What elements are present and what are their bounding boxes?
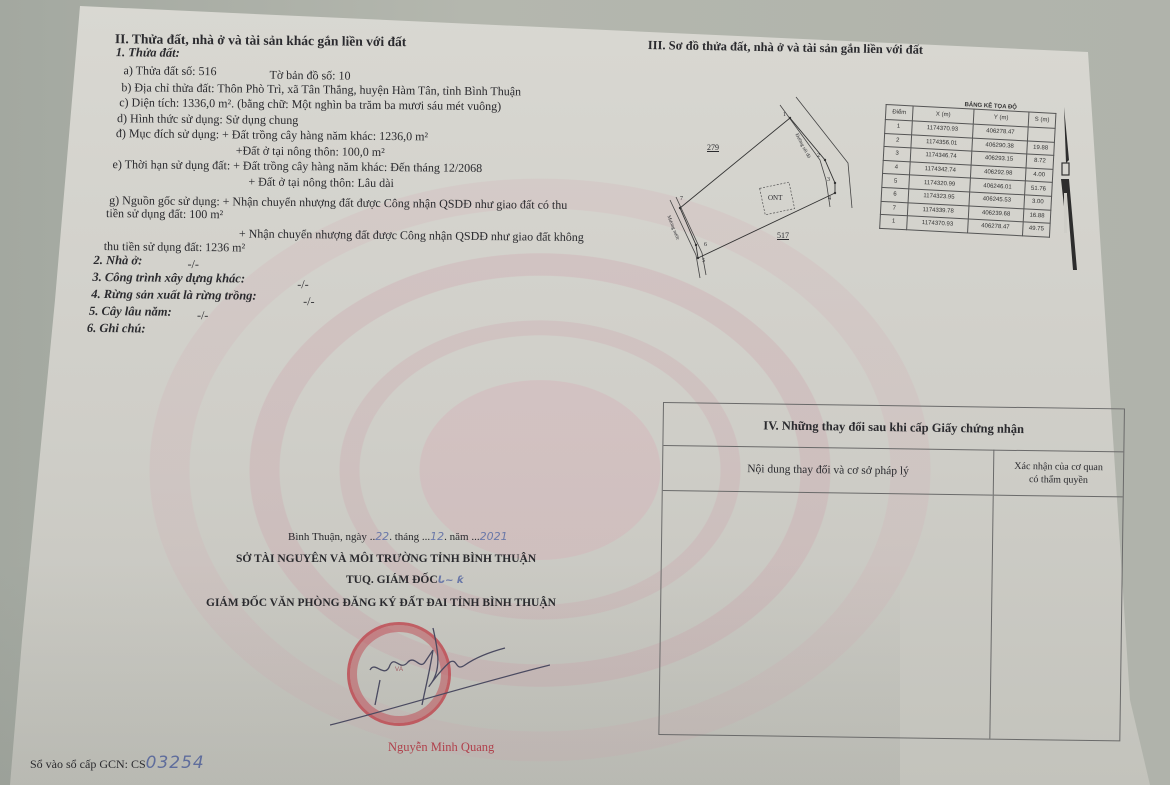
registry-number: 03254: [146, 753, 205, 773]
coordinate-cell-point: 2: [884, 133, 912, 148]
item-notes-label: 6. Ghi chú:: [87, 321, 146, 337]
coordinate-cell-s: [1027, 127, 1055, 142]
column-header: Điểm: [885, 105, 913, 121]
coordinate-cell-s: 3.00: [1024, 195, 1052, 210]
registration-office: GIÁM ĐỐC VĂN PHÒNG ĐĂNG KÝ ĐẤT ĐAI TỈNH …: [206, 597, 556, 609]
usage-term-2: + Đất ở tại nông thôn: Lâu dài: [248, 175, 394, 192]
on-behalf-text: TUQ. GIÁM ĐỐC: [346, 574, 438, 586]
month-label: tháng: [395, 531, 419, 543]
year-label: năm: [450, 531, 469, 543]
point-label: 5: [702, 258, 705, 264]
changes-content-header: Nội dung thay đổi và cơ sở pháp lý: [663, 445, 994, 496]
north-arrow-icon: [1055, 105, 1081, 270]
item-perennial-value: -/-: [197, 308, 208, 323]
usage-purpose-2: +Đất ở tại nông thôn: 100,0 m²: [236, 143, 385, 160]
parcel-diagram: 279 517 ONT Đường sỏi đỏ Mương nước 1 2 …: [650, 85, 870, 285]
issue-day: 22: [375, 530, 389, 543]
place-date-line: Bình Thuận, ngày ..22. tháng ...12. năm …: [288, 530, 508, 543]
item-house-value: -/-: [187, 257, 198, 272]
on-behalf-of: TUQ. GIÁM ĐỐCᒐ~ ƙ: [346, 574, 464, 586]
changes-content-column: Nội dung thay đổi và cơ sở pháp lý: [659, 445, 994, 739]
coordinate-cell-s: 19.88: [1027, 141, 1055, 156]
point-label: 4: [828, 196, 831, 202]
neighbor-parcel-north: 279: [707, 143, 719, 152]
coordinate-cell-point: 1: [880, 215, 908, 230]
coordinate-cell-s: 8.72: [1026, 154, 1054, 169]
coordinate-cell-point: 3: [883, 147, 911, 162]
parcel-map-svg: [650, 85, 870, 285]
neighbor-parcel-south: 517: [777, 231, 789, 240]
coordinate-cell-point: 6: [881, 187, 909, 202]
item-forest-label: 4. Rừng sản xuất là rừng trồng:: [91, 287, 257, 304]
origin-1-line-2: tiền sử dụng đất: 100 m²: [106, 206, 223, 222]
authority-confirmation-header: Xác nhận của cơ quan có thẩm quyền: [994, 450, 1124, 498]
coordinate-cell-s: 4.00: [1025, 168, 1053, 183]
point-label: 7: [680, 196, 683, 202]
coordinate-cell-y: 406278.47: [968, 219, 1024, 235]
authority-confirmation-column: Xác nhận của cơ quan có thẩm quyền: [990, 450, 1123, 741]
point-label: 2: [817, 153, 820, 159]
coordinate-cell-point: 7: [880, 201, 908, 216]
authority-header-line-2: có thẩm quyền: [1014, 472, 1103, 486]
item-other-construction-value: -/-: [297, 277, 308, 292]
building-label: ONT: [768, 194, 782, 202]
photo-background: II. Thửa đất, nhà ở và tài sản khác gắn …: [0, 0, 1170, 785]
coordinate-cell-point: 4: [883, 160, 911, 175]
item-other-construction-label: 3. Công trình xây dựng khác:: [92, 270, 245, 287]
coordinate-cell-s: 51.76: [1025, 181, 1053, 196]
place-date-prefix: Bình Thuận, ngày: [288, 531, 367, 543]
item-forest-value: -/-: [303, 294, 314, 309]
column-header: S (m): [1028, 112, 1056, 128]
coordinate-table-grid: Điểm X (m) Y (m) S (m) 11174370.93406278…: [879, 104, 1056, 238]
coordinate-cell-point: 5: [882, 174, 910, 189]
section-4-changes-table: IV. Những thay đổi sau khi cấp Giấy chứn…: [658, 402, 1125, 741]
signature-scribble: [330, 610, 550, 730]
coordinate-cell-s: 16.88: [1023, 208, 1051, 223]
point-label: 6: [704, 242, 707, 248]
coordinate-cell-point: 1: [885, 119, 913, 134]
item-perennial-label: 5. Cây lâu năm:: [89, 304, 172, 320]
subsection-parcel: 1. Thửa đất:: [116, 45, 180, 61]
issue-year: 2021: [480, 530, 508, 543]
point-label: 1: [783, 112, 786, 118]
coordinate-cell-s: 49.75: [1022, 222, 1050, 237]
parcel-number: a) Thửa đất số: 516: [123, 63, 216, 79]
coordinate-table: BẢNG KÊ TỌA ĐỘ Điểm X (m) Y (m) S (m) 11…: [879, 98, 1076, 239]
point-label: 3: [827, 177, 830, 183]
issue-month: 12: [430, 530, 444, 543]
registry-label: Sổ vào sổ cấp GCN: CS: [30, 757, 146, 771]
issuing-agency: SỞ TÀI NGUYÊN VÀ MÔI TRƯỜNG TỈNH BÌNH TH…: [236, 553, 536, 565]
coordinate-cell-x: 1174370.93: [907, 216, 969, 233]
certificate-registry-number: Sổ vào sổ cấp GCN: CS03254: [30, 753, 205, 773]
authority-header-line-1: Xác nhận của cơ quan: [1014, 459, 1103, 473]
signer-name: Nguyễn Minh Quang: [388, 740, 494, 755]
initials-handwritten: ᒐ~ ƙ: [438, 575, 464, 586]
item-house-label: 2. Nhà ở:: [94, 253, 143, 269]
